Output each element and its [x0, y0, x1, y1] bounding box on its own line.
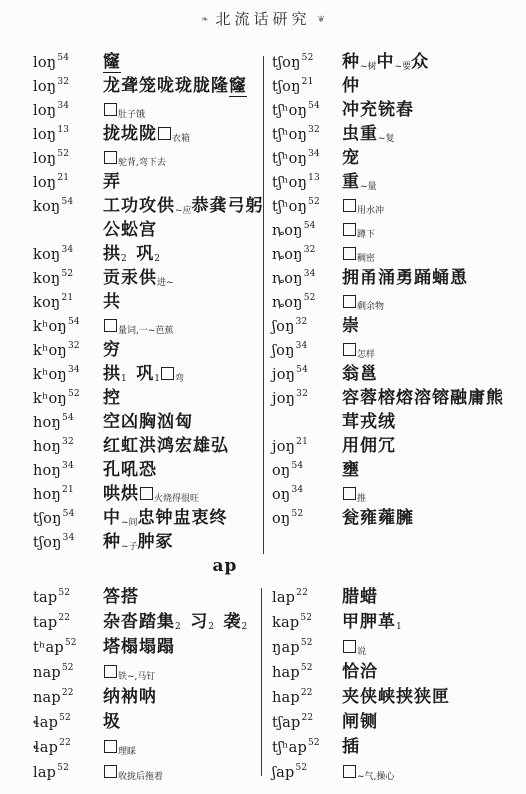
phonetic-syllable: lap52 — [33, 761, 103, 786]
phonetic-syllable: tʃʰoŋ32 — [272, 123, 342, 147]
gloss-characters: 公蚣宫 — [103, 220, 157, 240]
phonetic-syllable: hap22 — [272, 686, 342, 711]
phonetic-base: ʃap — [272, 765, 294, 781]
gloss: 仲 — [342, 76, 360, 96]
entry-row: joŋ54翁邕 — [272, 362, 526, 386]
tone-number: 22 — [296, 588, 308, 598]
gloss: 穷 — [103, 340, 121, 360]
gloss: 弄 — [103, 172, 121, 192]
phonetic-syllable: tʃʰoŋ34 — [272, 147, 342, 171]
gloss-characters: 众 — [411, 52, 429, 72]
phonetic-syllable: koŋ54 — [33, 195, 103, 219]
missing-character-box — [104, 103, 117, 116]
phonetic-syllable: tʃʰoŋ52 — [272, 195, 342, 219]
gloss-annotation: 2 — [154, 254, 160, 264]
gloss-characters: 中 — [103, 508, 121, 528]
phonetic-syllable: tap52 — [33, 586, 103, 611]
entry-row: tʃoŋ52种~树中~要众 — [272, 50, 526, 74]
entry-row: tʃʰap52插 — [272, 734, 526, 759]
bottom-section-left-column: tap52答搭tap22杂沓踏集2 习2 袭2tʰap52塔榻塌蹋nap52铁~… — [33, 584, 261, 784]
phonetic-base: oŋ — [272, 487, 290, 503]
phonetic-base: tʃoŋ — [272, 55, 301, 71]
phonetic-syllable: hoŋ54 — [33, 411, 103, 435]
tone-number: 22 — [58, 613, 70, 623]
entry-row: oŋ54壅 — [272, 458, 526, 482]
tone-number: 32 — [68, 341, 80, 351]
phonetic-base: kʰoŋ — [33, 391, 67, 407]
entry-row: loŋ54窿 — [33, 50, 261, 74]
gloss-annotation: 量词,一~芭蕉 — [118, 326, 173, 336]
phonetic-base: ʃoŋ — [272, 343, 295, 359]
tone-number: 54 — [57, 53, 69, 63]
bottom-section-right-column: lap22腊蜡kap52甲胛革1ŋap52说hap52恰洽hap22夹侠峡挟狭匣… — [272, 584, 526, 784]
gloss-characters: 仲 — [342, 76, 360, 96]
column-divider-top — [263, 56, 264, 554]
phonetic-syllable: loŋ32 — [33, 75, 103, 99]
gloss-annotation: 怎样 — [357, 350, 375, 360]
missing-character-box — [104, 665, 117, 678]
phonetic-syllable: tʃʰoŋ54 — [272, 99, 342, 123]
entry-row: hoŋ21哄烘火烧得很旺 — [33, 482, 261, 506]
gloss-characters: 甲胛革 — [342, 612, 396, 632]
gloss-characters: 崇 — [342, 316, 360, 336]
entry-row: hap22夹侠峡挟狭匣 — [272, 684, 526, 709]
phonetic-syllable: ʃoŋ34 — [272, 339, 342, 363]
gloss-characters: 拢垅陇 — [103, 124, 157, 144]
phonetic-syllable: tʃoŋ21 — [272, 75, 342, 99]
entry-row: hoŋ34孔吼恐 — [33, 458, 261, 482]
gloss: 塔榻塌蹋 — [103, 637, 175, 657]
entry-row: kʰoŋ32穷 — [33, 338, 261, 362]
gloss-characters: 龙聋笼咙珑胧隆 — [103, 76, 229, 96]
tone-number: 34 — [304, 269, 316, 279]
gloss-annotation: 1 — [396, 622, 402, 632]
missing-character-box — [140, 487, 153, 500]
phonetic-base: oŋ — [272, 463, 290, 479]
gloss-annotation: ~要 — [395, 62, 412, 72]
tone-number: 32 — [308, 125, 320, 135]
phonetic-base: hap — [272, 690, 300, 706]
gloss-characters: 共 — [103, 292, 121, 312]
tone-number: 54 — [304, 221, 316, 231]
gloss-characters: 肿冢 — [138, 532, 174, 552]
phonetic-syllable: kap52 — [272, 611, 342, 636]
phonetic-base: oŋ — [272, 511, 290, 527]
phonetic-base: loŋ — [33, 55, 56, 71]
tone-number: 54 — [62, 413, 74, 423]
missing-character-box — [343, 640, 356, 653]
entry-row: oŋ52瓮雍蕹臃 — [272, 506, 526, 530]
tone-number: 54 — [68, 317, 80, 327]
entry-row: tʃʰoŋ13重~量 — [272, 170, 526, 194]
gloss-characters: 虫重 — [342, 124, 378, 144]
gloss-characters: 孔吼恐 — [103, 460, 157, 480]
phonetic-base: hap — [272, 665, 300, 681]
gloss-annotation: ~间 — [121, 518, 138, 528]
entry-row: loŋ52驼背,弯下去 — [33, 146, 261, 170]
gloss: 杂沓踏集2 习2 袭2 — [103, 612, 247, 632]
gloss-characters: 工功攻供 — [103, 196, 175, 216]
tone-number: 32 — [57, 77, 69, 87]
gloss-characters: 茸戎绒 — [342, 412, 396, 432]
phonetic-base: loŋ — [33, 127, 56, 143]
tone-number: 13 — [308, 173, 320, 183]
tone-number: 52 — [304, 293, 316, 303]
underlined-character: 窿 — [229, 76, 247, 97]
entry-row: koŋ52贡汞供进~ — [33, 266, 261, 290]
phonetic-syllable: tʃoŋ34 — [33, 531, 103, 555]
entry-row: nap52铁~,马钉 — [33, 659, 261, 684]
missing-character-box — [343, 295, 356, 308]
gloss-characters: 用佣冗 — [342, 436, 396, 456]
phonetic-syllable: kʰoŋ54 — [33, 315, 103, 339]
gloss-characters: 弄 — [103, 172, 121, 192]
gloss: 腊蜡 — [342, 587, 378, 607]
tone-number: 54 — [308, 101, 320, 111]
gloss-annotation: 火烧得很旺 — [154, 494, 199, 504]
phonetic-syllable: hoŋ21 — [33, 483, 103, 507]
gloss-characters: 红虹洪鸿宏雄弘 — [103, 436, 229, 456]
entry-row: ȵoŋ54蹲下 — [272, 218, 526, 242]
gloss-characters: 哄烘 — [103, 484, 139, 504]
gloss-annotation: 剩余物 — [357, 302, 384, 312]
entry-row: nap22纳衲呐 — [33, 684, 261, 709]
entry-row: hoŋ54空凶胸汹匈 — [33, 410, 261, 434]
phonetic-base: tʃʰoŋ — [272, 103, 307, 119]
tone-number: 52 — [308, 738, 320, 748]
gloss: 窿 — [103, 52, 121, 73]
gloss: 容蓉榕熔溶镕融庸熊 — [342, 388, 504, 408]
gloss: 插 — [342, 737, 360, 757]
top-section-left-column: loŋ54窿loŋ32龙聋笼咙珑胧隆窿loŋ34肚子饿loŋ13拢垅陇衣箱loŋ… — [33, 50, 261, 554]
phonetic-syllable: oŋ52 — [272, 507, 342, 531]
gloss: 拱1 巩1弯 — [103, 364, 184, 384]
gloss: 肚子饿 — [103, 100, 145, 120]
missing-character-box — [343, 247, 356, 260]
gloss-annotation: 弯 — [175, 374, 184, 384]
tone-number: 52 — [300, 613, 312, 623]
tone-number: 34 — [291, 485, 303, 495]
gloss-annotation: 进~ — [157, 278, 174, 288]
entry-row: tʃoŋ21仲 — [272, 74, 526, 98]
phonetic-syllable: ȵoŋ32 — [272, 243, 342, 267]
tone-number: 52 — [62, 663, 74, 673]
phonetic-syllable: joŋ54 — [272, 363, 342, 387]
phonetic-base: lap — [272, 590, 295, 606]
gloss-characters: 袭 — [214, 612, 242, 632]
section-label-ap: ap — [203, 556, 247, 576]
gloss-characters: 翁邕 — [342, 364, 378, 384]
header-ornament-right-icon: ❦ — [318, 15, 326, 25]
phonetic-syllable: lap22 — [272, 586, 342, 611]
phonetic-base: hoŋ — [33, 439, 61, 455]
phonetic-base: tʃoŋ — [33, 535, 62, 551]
gloss-characters: 恭龚弓躬 — [192, 196, 264, 216]
entry-row: loŋ21弄 — [33, 170, 261, 194]
entry-row: tʃʰoŋ32虫重~复 — [272, 122, 526, 146]
entry-row: kap52甲胛革1 — [272, 609, 526, 634]
header-ornament-left-icon: ❧ — [201, 15, 209, 25]
phonetic-base: loŋ — [33, 103, 56, 119]
entry-row: koŋ21共 — [33, 290, 261, 314]
gloss-characters: 拱 — [103, 364, 121, 384]
gloss-annotation: 蹲下 — [357, 230, 375, 240]
gloss: 工功攻供~应恭龚弓躬 — [103, 196, 264, 216]
phonetic-base: ȵoŋ — [272, 271, 303, 287]
gloss-characters: 穷 — [103, 340, 121, 360]
entry-row: tʃʰoŋ52用水冲 — [272, 194, 526, 218]
gloss: 剩余物 — [342, 292, 384, 312]
missing-character-box — [343, 343, 356, 356]
phonetic-syllable: ȵoŋ34 — [272, 267, 342, 291]
gloss: ~气,操心 — [342, 762, 394, 782]
gloss: 瓮雍蕹臃 — [342, 508, 414, 528]
entry-row: hap52恰洽 — [272, 659, 526, 684]
gloss-characters: 瓮雍蕹臃 — [342, 508, 414, 528]
phonetic-base: tʃap — [272, 715, 301, 731]
phonetic-base: ɬap — [33, 740, 58, 756]
phonetic-base: tʃʰoŋ — [272, 175, 307, 191]
phonetic-base: nap — [33, 665, 61, 681]
gloss-annotation: 推 — [357, 494, 366, 504]
entry-row: kʰoŋ52控 — [33, 386, 261, 410]
tone-number: 52 — [301, 663, 313, 673]
tone-number: 21 — [296, 437, 308, 447]
gloss-annotation: ~气,操心 — [357, 772, 394, 782]
phonetic-syllable: ʃap52 — [272, 761, 342, 786]
phonetic-syllable: loŋ54 — [33, 51, 103, 75]
gloss-characters: 冲充铳舂 — [342, 100, 414, 120]
gloss-characters: 忠钟盅衷终 — [138, 508, 228, 528]
gloss: 甲胛革1 — [342, 612, 402, 632]
phonetic-base: joŋ — [272, 391, 295, 407]
gloss-characters: 塔榻塌蹋 — [103, 637, 175, 657]
phonetic-base: ŋap — [272, 640, 300, 656]
gloss-annotation: 用水冲 — [357, 206, 384, 216]
phonetic-syllable: oŋ54 — [272, 459, 342, 483]
tone-number: 21 — [62, 485, 74, 495]
gloss: 答搭 — [103, 587, 139, 607]
phonetic-syllable: loŋ52 — [33, 147, 103, 171]
entry-row: tʃʰoŋ34宠 — [272, 146, 526, 170]
gloss: 怎样 — [342, 340, 375, 360]
tone-number: 52 — [57, 763, 69, 773]
gloss-characters: 贡汞供 — [103, 268, 157, 288]
entry-row: joŋ32容蓉榕熔溶镕融庸熊 — [272, 386, 526, 410]
gloss: 量词,一~芭蕉 — [103, 316, 173, 336]
phonetic-syllable: ȵoŋ54 — [272, 219, 342, 243]
phonetic-base: joŋ — [272, 367, 295, 383]
tone-number: 52 — [61, 269, 73, 279]
page-title: 北流话研究 — [215, 10, 310, 28]
entry-row: joŋ21用佣冗 — [272, 434, 526, 458]
gloss-characters: 巩 — [127, 364, 155, 384]
tone-number: 54 — [61, 197, 73, 207]
missing-character-box — [343, 487, 356, 500]
phonetic-base: nap — [33, 690, 61, 706]
gloss: 龙聋笼咙珑胧隆窿 — [103, 76, 247, 97]
gloss-annotation: ~子 — [121, 542, 138, 552]
gloss: 恰洽 — [342, 662, 378, 682]
phonetic-base: tʃʰoŋ — [272, 151, 307, 167]
entry-row: lap22腊蜡 — [272, 584, 526, 609]
entry-row: oŋ34推 — [272, 482, 526, 506]
tone-number: 22 — [302, 713, 314, 723]
phonetic-base: ȵoŋ — [272, 247, 303, 263]
gloss: 宠 — [342, 148, 360, 168]
phonetic-base: tʃʰoŋ — [272, 127, 307, 143]
gloss-characters: 夹侠峡挟狭匣 — [342, 687, 450, 707]
phonetic-base: kʰoŋ — [33, 319, 67, 335]
tone-number: 52 — [58, 588, 70, 598]
gloss-characters: 宠 — [342, 148, 360, 168]
underlined-character: 窿 — [103, 52, 121, 73]
entry-row: lap52收拢后拖着 — [33, 759, 261, 784]
missing-character-box — [104, 740, 117, 753]
missing-character-box — [343, 223, 356, 236]
phonetic-syllable: hap52 — [272, 661, 342, 686]
gloss-annotation: 说 — [357, 647, 366, 657]
missing-character-box — [104, 765, 117, 778]
tone-number: 21 — [61, 293, 73, 303]
phonetic-syllable: ɬap22 — [33, 736, 103, 761]
phonetic-syllable: nap22 — [33, 686, 103, 711]
entry-row: loŋ32龙聋笼咙珑胧隆窿 — [33, 74, 261, 98]
tone-number: 34 — [57, 101, 69, 111]
gloss-annotation: 铁~,马钉 — [118, 672, 155, 682]
phonetic-syllable: oŋ34 — [272, 483, 342, 507]
gloss-characters: 腊蜡 — [342, 587, 378, 607]
missing-character-box — [343, 199, 356, 212]
entry-row: koŋ54工功攻供~应恭龚弓躬 — [33, 194, 261, 218]
gloss: 种~树中~要众 — [342, 52, 429, 72]
phonetic-base: tʰap — [33, 640, 64, 656]
gloss: 孔吼恐 — [103, 460, 157, 480]
entry-row: ʃap52~气,操心 — [272, 759, 526, 784]
tone-number: 52 — [65, 638, 77, 648]
phonetic-base: ɬap — [33, 715, 58, 731]
tone-number: 54 — [296, 365, 308, 375]
gloss: 用佣冗 — [342, 436, 396, 456]
entry-row: loŋ34肚子饿 — [33, 98, 261, 122]
tone-number: 21 — [57, 173, 69, 183]
entry-row: tʃoŋ54中~间忠钟盅衷终 — [33, 506, 261, 530]
phonetic-syllable: tʃoŋ52 — [272, 51, 342, 75]
entry-row: 茸戎绒 — [272, 410, 526, 434]
gloss: 收拢后拖着 — [103, 762, 163, 782]
gloss-characters: 习 — [181, 612, 209, 632]
phonetic-base: joŋ — [272, 439, 295, 455]
phonetic-base: koŋ — [33, 247, 60, 263]
phonetic-base: tʃʰoŋ — [272, 199, 307, 215]
phonetic-base: lap — [33, 765, 56, 781]
tone-number: 52 — [302, 53, 314, 63]
phonetic-base: loŋ — [33, 79, 56, 95]
gloss-annotation: 驼背,弯下去 — [118, 158, 166, 168]
phonetic-syllable: kʰoŋ52 — [33, 387, 103, 411]
gloss: 说 — [342, 637, 366, 657]
phonetic-base: ȵoŋ — [272, 295, 303, 311]
phonetic-base: hoŋ — [33, 487, 61, 503]
phonetic-base: kʰoŋ — [33, 367, 67, 383]
entry-row: loŋ13拢垅陇衣箱 — [33, 122, 261, 146]
phonetic-syllable: ȵoŋ52 — [272, 291, 342, 315]
gloss: 公蚣宫 — [103, 220, 157, 240]
phonetic-syllable: koŋ52 — [33, 267, 103, 291]
gloss-characters: 种 — [103, 532, 121, 552]
gloss-characters: 壅 — [342, 460, 360, 480]
gloss: 稠密 — [342, 244, 375, 264]
phonetic-syllable: ŋap52 — [272, 636, 342, 661]
phonetic-base: koŋ — [33, 271, 60, 287]
entry-row: hoŋ32红虹洪鸿宏雄弘 — [33, 434, 261, 458]
phonetic-base: ȵoŋ — [272, 223, 303, 239]
phonetic-syllable: joŋ32 — [272, 387, 342, 411]
entry-row: ɬap22理睬 — [33, 734, 261, 759]
gloss-annotation: 稠密 — [357, 254, 375, 264]
tone-number: 22 — [301, 688, 313, 698]
entry-row: tap52答搭 — [33, 584, 261, 609]
tone-number: 34 — [62, 461, 74, 471]
top-section-right-column: tʃoŋ52种~树中~要众tʃoŋ21仲tʃʰoŋ54冲充铳舂tʃʰoŋ32虫重… — [272, 50, 526, 530]
entry-row: 公蚣宫 — [33, 218, 261, 242]
entry-row: ʃoŋ34怎样 — [272, 338, 526, 362]
gloss-annotation: ~树 — [360, 62, 377, 72]
gloss-characters: 纳衲呐 — [103, 687, 157, 707]
phonetic-syllable: hoŋ32 — [33, 435, 103, 459]
tone-number: 32 — [296, 389, 308, 399]
gloss-characters: 控 — [103, 388, 121, 408]
gloss-characters: 重 — [342, 172, 360, 192]
entry-row: ɬap52圾 — [33, 709, 261, 734]
tone-number: 21 — [302, 77, 314, 87]
phonetic-syllable: tap22 — [33, 611, 103, 636]
tone-number: 52 — [57, 149, 69, 159]
missing-character-box — [158, 127, 171, 140]
gloss-annotation: 理睬 — [118, 747, 136, 757]
gloss-characters: 插 — [342, 737, 360, 757]
gloss-characters: 拥甬涌勇踊蛹恿 — [342, 268, 468, 288]
phonetic-base: tap — [33, 590, 57, 606]
gloss-annotation: ~应 — [175, 206, 192, 216]
entry-row: ȵoŋ32稠密 — [272, 242, 526, 266]
phonetic-base: tʃoŋ — [33, 511, 62, 527]
gloss: 闸铡 — [342, 712, 378, 732]
gloss: 冲充铳舂 — [342, 100, 414, 120]
gloss: 推 — [342, 484, 366, 504]
entry-row: tʰap52塔榻塌蹋 — [33, 634, 261, 659]
page-header: ❧北流话研究❦ — [0, 8, 526, 29]
gloss: 蹲下 — [342, 220, 375, 240]
tone-number: 52 — [295, 763, 307, 773]
entry-row: koŋ34拱2 巩2 — [33, 242, 261, 266]
tone-number: 52 — [68, 389, 80, 399]
gloss-characters: 容蓉榕熔溶镕融庸熊 — [342, 388, 504, 408]
gloss-characters: 圾 — [103, 712, 121, 732]
gloss: 控 — [103, 388, 121, 408]
entry-row: tʃap22闸铡 — [272, 709, 526, 734]
entry-row: ȵoŋ34拥甬涌勇踊蛹恿 — [272, 266, 526, 290]
gloss: 空凶胸汹匈 — [103, 412, 193, 432]
phonetic-syllable: loŋ21 — [33, 171, 103, 195]
gloss-annotation: 1 — [154, 374, 160, 384]
phonetic-base: koŋ — [33, 199, 60, 215]
phonetic-syllable: tʃʰoŋ13 — [272, 171, 342, 195]
gloss: 中~间忠钟盅衷终 — [103, 508, 228, 528]
entry-row: ȵoŋ52剩余物 — [272, 290, 526, 314]
phonetic-base: tʃoŋ — [272, 79, 301, 95]
gloss: 茸戎绒 — [342, 412, 396, 432]
